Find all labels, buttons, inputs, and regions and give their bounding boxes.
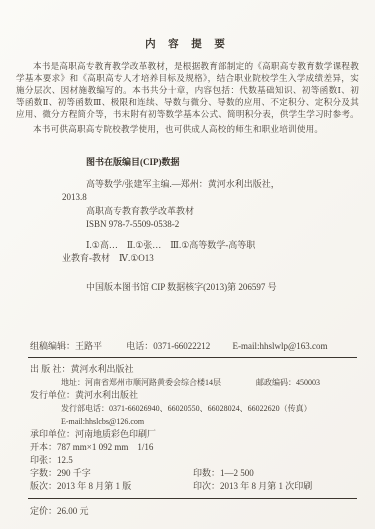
divider-rule-bottom (28, 498, 357, 499)
copyright-page: 内 容 提 要 本书是高职高专教育教学改革教材，是根据教育部制定的《高职高专教育… (0, 0, 375, 529)
cip-classification-line-2: 业教育-教材 Ⅳ.①O13 (62, 252, 375, 266)
cip-series-line: 高职高专教育教学改革教材 (62, 205, 375, 219)
publication-info-section: 组稿编辑：王路平 电话：0371-66022212 E-mail:hhslwlp… (30, 340, 357, 518)
cip-year-line: 2013.8 (62, 191, 375, 205)
cip-classification-line-1: Ⅰ.①高… Ⅱ.①张… Ⅲ.①高等数学-高等职 (62, 239, 375, 253)
isbn-line: ISBN 978-7-5509-0538-2 (62, 218, 375, 232)
postal-code: 邮政编码：450003 (256, 376, 320, 389)
cip-record-number: 中国版本图书馆 CIP 数据核字(2013)第 206597 号 (86, 280, 375, 293)
editor-phone: 电话：0371-66022212 (126, 341, 210, 351)
format-row: 开本：787 mm×1 092 mm 1/16 (30, 441, 357, 454)
distributor-row: 发行单位：黄河水利出版社 (30, 389, 357, 402)
summary-paragraph-2: 本书可供高职高专院校教学使用，也可供成人高校的师生和职业培训使用。 (16, 123, 359, 135)
distributor-phone-row: 发行部电话：0371-66026940、66020550、66028024、66… (30, 402, 357, 415)
publisher-address-row: 地址：河南省郑州市顺河路黄委会综合楼14层 邮政编码：450003 (30, 376, 357, 389)
summary-title: 内 容 提 要 (0, 36, 375, 51)
price-row: 定价：26.00 元 (30, 505, 357, 518)
cip-title-line: 高等数学/张建军主编.—郑州：黄河水利出版社， (62, 178, 375, 192)
acquisition-editor-row: 组稿编辑：王路平 电话：0371-66022212 E-mail:hhslwlp… (30, 340, 357, 353)
sheets-row: 印张：12.5 (30, 454, 357, 467)
edition-row: 版次：2013 年 8 月第 1 版 印次：2013 年 8 月第 1 次印刷 (30, 480, 357, 493)
cip-heading: 图书在版编目(CIP)数据 (62, 156, 375, 170)
distributor-email-row: E-mail:hhslcbs@126.com (30, 415, 357, 428)
word-count-row: 字数：290 千字 印数：1—2 500 (30, 467, 357, 480)
edition: 版次：2013 年 8 月第 1 版 (30, 481, 131, 491)
divider-rule-top (28, 357, 357, 358)
publisher-row: 出 版 社：黄河水利出版社 (30, 363, 357, 376)
cip-data-section: 图书在版编目(CIP)数据 高等数学/张建军主编.—郑州：黄河水利出版社， 20… (62, 156, 375, 266)
content-summary-section: 内 容 提 要 本书是高职高专教育教学改革教材，是根据教育部制定的《高职高专教育… (0, 36, 375, 135)
publisher-address: 地址：河南省郑州市顺河路黄委会综合楼14层 (61, 378, 221, 387)
print-run: 印数：1—2 500 (193, 467, 254, 480)
printer-row: 承印单位：河南地质彩色印刷厂 (30, 428, 357, 441)
impression: 印次：2013 年 8 月第 1 次印刷 (193, 480, 312, 493)
editor-email: E-mail:hhslwlp@163.com (233, 341, 328, 351)
summary-paragraph-1: 本书是高职高专教育教学改革教材，是根据教育部制定的《高职高专教育数学课程教学基本… (16, 60, 359, 120)
editor-name: 组稿编辑：王路平 (30, 341, 102, 351)
word-count: 字数：290 千字 (30, 468, 91, 478)
